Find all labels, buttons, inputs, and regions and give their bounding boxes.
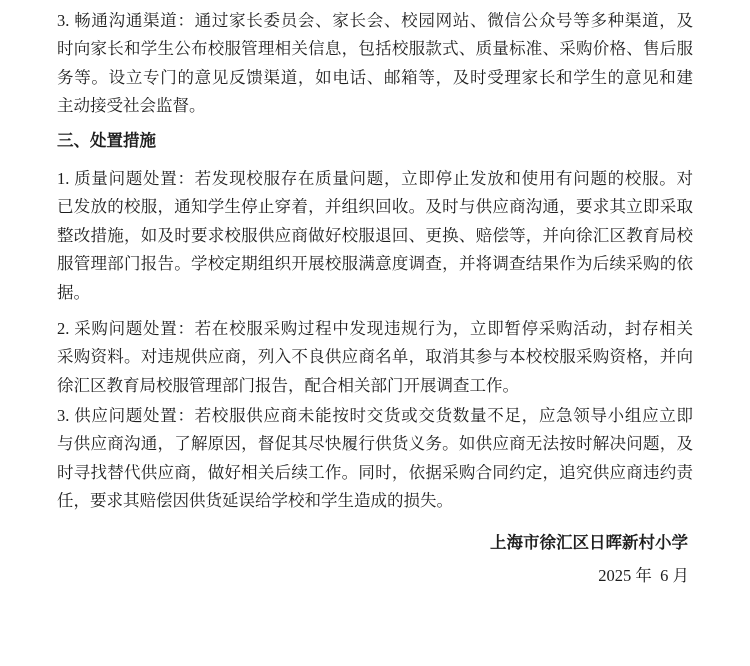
section-heading-text: 三、处置措施 <box>57 127 693 155</box>
paragraph-procurement-issue-handling: 2. 采购问题处置：若在校服采购过程中发现违规行为，立即暂停采购活动，封存相关 … <box>57 315 693 400</box>
text-line: 3. 供应问题处置：若校服供应商未能按时交货或交货数量不足，应急领导小组应立即 <box>57 402 693 430</box>
text-line: 2. 采购问题处置：若在校服采购过程中发现违规行为，立即暂停采购活动，封存相关 <box>57 315 693 343</box>
section-heading-disposal-measures: 三、处置措施 <box>57 127 693 155</box>
text-line: 服管理部门报告。学校定期组织开展校服满意度调查，并将调查结果作为后续采购的依 <box>57 250 693 278</box>
text-line: 已发放的校服，通知学生停止穿着，并组织回收。及时与供应商沟通，要求其立即采取 <box>57 193 693 221</box>
text-line: 采购资料。对违规供应商，列入不良供应商名单，取消其参与本校校服采购资格，并向 <box>57 343 693 371</box>
document-page: 3. 畅通沟通渠道：通过家长委员会、家长会、校园网站、微信公众号等多种渠道，及 … <box>0 0 750 666</box>
paragraph-quality-issue-handling: 1. 质量问题处置：若发现校服存在质量问题，立即停止发放和使用有问题的校服。对 … <box>57 165 693 307</box>
text-line: 任，要求其赔偿因供货延误给学校和学生造成的损失。 <box>57 487 693 515</box>
text-line: 1. 质量问题处置：若发现校服存在质量问题，立即停止发放和使用有问题的校服。对 <box>57 165 693 193</box>
text-line: 与供应商沟通，了解原因，督促其尽快履行供货义务。如供应商无法按时解决问题，及 <box>57 430 693 458</box>
paragraph-supply-issue-handling: 3. 供应问题处置：若校服供应商未能按时交货或交货数量不足，应急领导小组应立即 … <box>57 402 693 516</box>
text-line: 时向家长和学生公布校服管理相关信息，包括校服款式、质量标准、采购价格、售后服 <box>57 35 693 63</box>
paragraph-communication-channels: 3. 畅通沟通渠道：通过家长委员会、家长会、校园网站、微信公众号等多种渠道，及 … <box>57 7 693 121</box>
text-line: 徐汇区教育局校服管理部门报告，配合相关部门开展调查工作。 <box>57 372 693 400</box>
text-line: 整改措施，如及时要求校服供应商做好校服退回、更换、赔偿等，并向徐汇区教育局校 <box>57 222 693 250</box>
text-line: 主动接受社会监督。 <box>57 92 693 120</box>
document-date: 2025 年 6 月 <box>57 562 693 590</box>
text-line: 务等。设立专门的意见反馈渠道，如电话、邮箱等，及时受理家长和学生的意见和建议， <box>57 64 693 92</box>
text-line: 3. 畅通沟通渠道：通过家长委员会、家长会、校园网站、微信公众号等多种渠道，及 <box>57 7 693 35</box>
text-line: 时寻找替代供应商，做好相关后续工作。同时，依据采购合同约定，追究供应商违约责 <box>57 459 693 487</box>
signature-school-name: 上海市徐汇区日晖新村小学 <box>57 529 693 557</box>
text-line: 据。 <box>57 279 693 307</box>
